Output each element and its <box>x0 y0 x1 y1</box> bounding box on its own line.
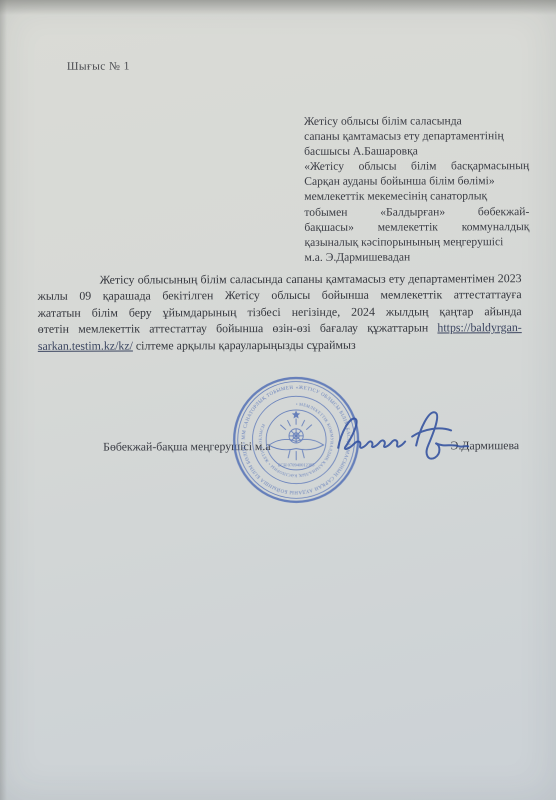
kazakhstan-emblem-icon <box>269 410 324 460</box>
body-line-text: өтетін мемлекеттік аттестаттау бойынша ө… <box>38 321 438 336</box>
body-line: өтетін мемлекеттік аттестаттау бойынша ө… <box>38 319 522 337</box>
recipient-block: Жетісу облысы білім саласында сапаны қам… <box>304 113 530 265</box>
recipient-line: м.а. Э.Дармишевадан <box>304 249 529 265</box>
handwritten-signature <box>328 402 480 469</box>
recipient-line: сапаны қамтамасыз ету департаментінің <box>304 128 529 144</box>
scanned-letter-page: Шығыс № 1 Жетісу облысы білім саласында … <box>0 0 556 800</box>
body-paragraph: Жетісу облысының білім саласында сапаны … <box>38 270 522 354</box>
recipient-line: «Жетісу облысы білім басқармасының <box>304 158 529 174</box>
body-line: жылы 09 қарашада бекітілген Жетісу облыс… <box>38 287 522 305</box>
body-line-text: сілтеме арқылы қарауларыңызды сұраймыз <box>133 337 356 352</box>
outgoing-number: Шығыс № 1 <box>67 61 130 73</box>
recipient-line: Сарқан ауданы бойынша білім бөлімі» <box>304 173 529 189</box>
recipient-line: тобымен «Балдырған» бөбекжай- <box>304 204 529 220</box>
self-assessment-link: https://baldyrgan- <box>437 320 521 334</box>
recipient-line: қазыналық кәсіпорынының меңгерушісі <box>304 234 529 250</box>
self-assessment-link: sarkan.testim.kz/kz/ <box>38 338 133 352</box>
body-line: Жетісу облысының білім саласында сапаны … <box>38 270 522 288</box>
recipient-line: Жетісу облысы білім саласында <box>304 113 529 129</box>
recipient-line: мемлекеттік мекемесінің санаторлық <box>304 189 529 205</box>
stamp-bin-number: БСН 070940012385 <box>278 462 315 467</box>
body-line: жататын білім беру ұйымдарының тізбесі н… <box>38 303 522 321</box>
recipient-line: басшысы А.Башаровқа <box>304 143 529 159</box>
body-line: sarkan.testim.kz/kz/ сілтеме арқылы қара… <box>38 336 522 354</box>
letter-content: Шығыс № 1 Жетісу облысы білім саласында … <box>0 0 556 800</box>
recipient-line: бақшасы» мемлекеттік коммуналдық <box>304 219 529 235</box>
